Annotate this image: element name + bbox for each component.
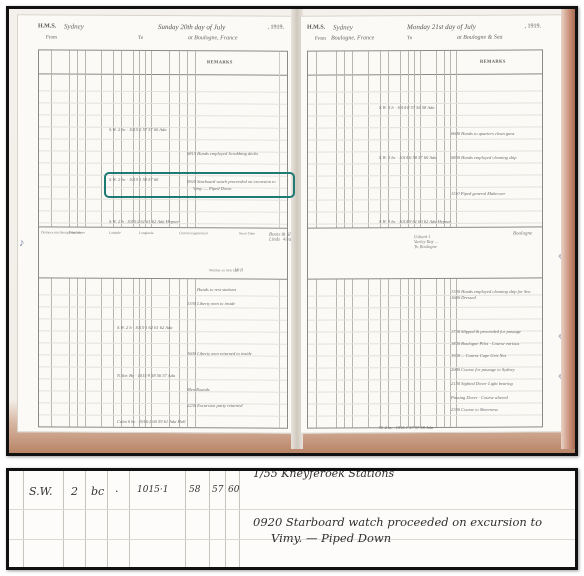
log-entry: Calm 0 bc · 1016·2 60 59 61 Ada Hall [117,419,186,424]
remarks-heading: REMARKS [207,59,233,64]
left-weather-summary: Distance run through the Water Position … [39,226,287,279]
from-label: From [46,35,57,40]
log-entry: S.W. 2 bc · 1015·2 57 57 60 Ada [109,127,167,132]
log-entry: S.W. 3 bc · 1014·6 58 57 60 Ada [379,155,437,160]
log-entry: 0600 Hands to quarters clean guns [451,131,514,136]
logbook-photo: H.M.S. Sydney Sunday 20th day of July , … [6,6,578,456]
page-edges [561,9,575,449]
left-log-grid: REMARKS [38,49,288,428]
highlighted-entry-box [104,172,295,198]
log-entry: 1830 Boulogne Pilot · Course various [451,341,519,346]
location: at Boulogne & Sea [457,35,503,41]
log-entry: 1600 Dressed [451,295,476,300]
log-entry: 1930 ... Course Cape Gris Nez [451,353,506,358]
to-label: To [407,36,412,41]
longitude-label: Longitude [139,231,153,235]
log-entry: Men Rounds [187,387,210,392]
barometer: 1015·1 [137,485,169,495]
ship-name: Sydney [64,23,84,31]
log-entry: 1600 Liberty men returned to inside [187,351,252,356]
ship-label: H.M.S. [38,23,56,29]
weather-code: bc [91,485,104,498]
latitude-label: Latitude [109,231,121,235]
log-entry: 1130 Piped general Makeover [451,191,505,196]
log-year: , 1919. [525,23,542,29]
from-value: Boulogne, France [331,35,374,41]
log-entry: S.W. 2 b · 1015·2 61 61 62 Ada Hepner [109,219,179,224]
remark-line-1: 0920 Starboard watch proceeded on excurs… [253,515,542,529]
log-entry: 0815 Hands employed Scrubbing decks [187,151,258,156]
log-entry: 2000 Course for passage to Sydney [451,367,515,372]
ship-label: H.M.S. [307,25,325,31]
position-label: Position [69,231,80,235]
location: at Boulogne, France [188,35,238,41]
log-entry: S.W. 3 bc · 1014·9 61 60 62 Ada Hepner [379,219,451,224]
margin-stamp-icon: ♪ [19,237,25,249]
log-entry: N.Var. Br. · 1015·9 58 56 57 Ada [117,373,175,378]
log-year: , 1919. [268,25,285,31]
temp-sea: 60 [228,485,239,495]
zoomed-entry-detail: S.W. 2 bc · 1015·1 58 57 60 1/55 Kneyfer… [6,468,578,570]
log-entry: 1330 Hands employed cleaning ship for Se… [451,289,531,294]
log-entry: 2130 Sighted Dover Light bearing [451,381,513,386]
from-label: From [315,37,326,42]
log-entry: S.W. 3 b · 1014·8 57 56 58 Ada [379,105,435,110]
log-entry: 1330 Liberty men to inside [187,301,235,306]
log-entry: 2330 Course to Sheerness [451,407,498,412]
sick-list-value: 16·8 [234,268,243,273]
log-date: Sunday 20th day of July [158,23,225,31]
log-entry: 0830 Hands employed cleaning ship [451,155,517,160]
to-label: To [138,36,143,41]
right-page: H.M.S. Sydney Monday 21st day of July , … [300,14,568,433]
log-entry: Hands to rest stations [197,287,236,292]
temp-wet: 57 [212,485,223,495]
noon-notes: Boulogne [513,231,532,236]
ship-name: Sydney [333,23,353,31]
log-date: Monday 21st day of July [407,23,476,31]
log-entry: 2230 Excursion party returned [187,403,242,408]
wind-direction: S.W. [29,485,53,498]
noon-time-label: Noon Time [239,231,255,235]
remark-line-2: Vimy. — Piped Down [271,531,391,545]
left-page-header: H.M.S. Sydney Sunday 20th day of July , … [38,21,288,48]
log-entry: Passing Dover · Course altered [451,395,508,400]
log-entry: S.W. 2 b · 1015·1 62 61 62 Ada [117,325,173,330]
log-entry: 1730 Slipped & proceeded for passage [451,329,521,334]
right-weather-summary: Ushant 1 Varley Bay ... To Boulogne Boul… [308,226,542,279]
visibility: · [115,485,119,498]
previous-remark: 1/55 Kneyferoek Stations [253,468,394,480]
remarks-heading: REMARKS [480,59,506,64]
log-entry: W. 2 bc · 1016·1 57 57 58 Ada [379,425,433,430]
wind-force: 2 [71,485,78,498]
right-page-header: H.M.S. Sydney Monday 21st day of July , … [307,21,545,48]
current-label: Current experienced [179,231,207,235]
temp-dry: 58 [189,485,200,495]
current-experienced: Ushant 1 Varley Bay ... To Boulogne [414,234,438,249]
